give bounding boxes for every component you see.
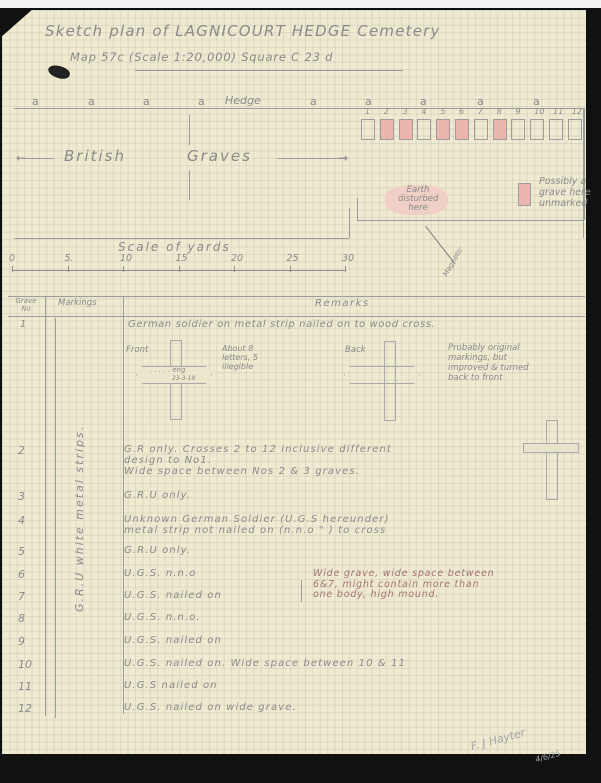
down-arrow: [189, 170, 190, 200]
scale-tick-label: 25: [287, 253, 299, 264]
grave-number: 4: [18, 514, 25, 527]
row-remark: G.R.U only.: [124, 545, 191, 556]
row1-remark: German soldier on metal strip nailed on …: [128, 319, 435, 330]
row-remark: G.R.U only.: [124, 490, 191, 501]
legend-swatch: [518, 183, 531, 206]
grave-plot: [530, 119, 544, 140]
table-top-border: [8, 296, 585, 297]
document-title: Sketch plan of LAGNICOURT HEDGE Cemetery: [45, 22, 441, 40]
scale-tick: [123, 266, 124, 272]
grave-plot: [417, 119, 431, 140]
note-line: About 8: [222, 344, 258, 353]
cross-drawing: [546, 420, 558, 500]
row-remark: metal strip not nailed on (n.n.o " ) to …: [124, 525, 386, 536]
back-plate: [344, 366, 420, 384]
grave-number: 10: [18, 658, 32, 671]
grave-number-label: 1: [365, 107, 370, 116]
hedge-symbol: a: [310, 95, 317, 108]
back-label: Back: [345, 345, 366, 355]
scale-tick: [290, 266, 291, 272]
grave-number-label: 11: [553, 107, 563, 116]
row-remark: U.G.S. nailed on: [124, 635, 222, 646]
map-reference: Map 57c (Scale 1:20,000) Square C 23 d: [70, 50, 333, 64]
note-line: one body, high mound.: [313, 590, 494, 601]
legend-line: Possibly a: [539, 176, 591, 187]
front-plate-text: . . . . . eng: [150, 366, 185, 374]
plan-edge: [349, 208, 350, 238]
note-line: Wide grave, wide space between: [313, 569, 494, 580]
grave-number: 7: [18, 590, 25, 603]
grave-number-label: 5: [440, 107, 445, 116]
row-remark: U.G.S. nailed on wide grave.: [124, 702, 297, 713]
note-line: markings, but: [448, 353, 529, 363]
grave-plot: [568, 119, 582, 140]
scale-tick: [12, 266, 13, 272]
hedge-symbol: a: [32, 95, 39, 108]
grave-number: 12: [18, 702, 32, 715]
scale-tick: [179, 266, 180, 272]
row-remark: Unknown German Soldier (U.G.S hereunder): [124, 514, 390, 525]
grave-plot: [380, 119, 394, 140]
front-label: Front: [126, 345, 148, 355]
row-remark: U.G.S. n.n.o.: [124, 612, 201, 623]
header-remarks: Remarks: [315, 298, 370, 309]
row-remark: design to No1.: [124, 455, 212, 466]
grave-plot: [455, 119, 469, 140]
earth-disturbed-note: Earth disturbed here: [398, 186, 438, 213]
arrow-head-left: ←: [16, 151, 26, 165]
scale-tick: [68, 266, 69, 272]
folded-corner: [0, 8, 34, 38]
grave-plot: [399, 119, 413, 140]
legend-line: grave here: [539, 187, 591, 198]
grave-number-label: 12: [572, 107, 582, 116]
header-markings: Markings: [58, 298, 97, 308]
column-divider: [123, 296, 124, 714]
bracket-divider: [301, 580, 302, 602]
scale-label: Scale of yards: [118, 240, 231, 254]
archive-reference: CWGC/8/1/4/1/1/27-1 (AA13233 PT. 1): [146, 756, 387, 772]
arrow-head-right: →: [338, 151, 348, 165]
column-divider: [45, 296, 46, 716]
grave-number-label: 6: [459, 107, 464, 116]
hedge-symbol: a: [143, 95, 150, 108]
front-plate-date: 23-3-18: [172, 375, 195, 382]
note-line: back to front: [448, 373, 529, 383]
row-remark: U.G.S. nailed on: [124, 590, 222, 601]
scale-line: [12, 270, 345, 271]
grave-number: 6: [18, 568, 25, 581]
plan-edge: [357, 198, 358, 220]
scale-tick-label: 5.: [65, 253, 74, 264]
cross-drawing-arm: [523, 443, 579, 453]
front-note: About 8 letters, 5 illegible: [222, 344, 258, 371]
grave-number-label: 3: [403, 107, 408, 116]
table-header-border: [8, 316, 585, 317]
hedge-symbol: a: [198, 95, 205, 108]
grave-number-label: 7: [478, 107, 483, 116]
scale-tick-label: 15: [176, 253, 188, 264]
grave-plot: [511, 119, 525, 140]
hedge-symbol: a: [88, 95, 95, 108]
row-remark: U.G.S. n.n.o: [124, 568, 196, 579]
scale-tick-label: 0: [9, 253, 15, 264]
grave-plot: [493, 119, 507, 140]
left-arrow: [22, 158, 54, 159]
legend-line: unmarked: [539, 198, 591, 209]
back-note: Probably original markings, but improved…: [448, 343, 529, 383]
column-divider: [55, 318, 56, 718]
scale-tick-label: 10: [120, 253, 132, 264]
british-label: British: [64, 147, 126, 165]
grave-number: 5: [18, 545, 25, 558]
hedge-label: Hedge: [225, 94, 261, 107]
grave-number: 9: [18, 635, 25, 648]
note-line: illegible: [222, 362, 258, 371]
scale-tick: [345, 266, 346, 272]
grave-number-label: 8: [497, 107, 502, 116]
legend-text: Possibly a grave here unmarked: [539, 176, 591, 209]
scale-tick: [234, 266, 235, 272]
grave-number: 11: [18, 680, 32, 693]
grave-plot: [549, 119, 563, 140]
grave-number: 8: [18, 612, 25, 625]
grave-number-label: 2: [384, 107, 389, 116]
grave-number: 1: [20, 319, 26, 330]
subtitle-underline: [135, 70, 403, 71]
row6-7-note: Wide grave, wide space between 6&7, migh…: [313, 569, 494, 601]
scale-tick-label: 20: [231, 253, 243, 264]
grave-plot: [474, 119, 488, 140]
up-arrow: [189, 115, 190, 145]
plan-outline-right: [357, 220, 584, 221]
markings-vertical-note: G.R.U white metal strips.: [73, 425, 86, 612]
row-remark: G.R only. Crosses 2 to 12 inclusive diff…: [124, 444, 392, 455]
grave-plot: [436, 119, 450, 140]
scale-tick-label: 30: [342, 253, 354, 264]
grave-number-label: 4: [421, 107, 426, 116]
row-remark: U.G.S nailed on: [124, 680, 218, 691]
note-line: Probably original: [448, 343, 529, 353]
plan-outline-bottom: [14, 238, 349, 239]
graves-label: Graves: [187, 147, 252, 165]
grave-number: 3: [18, 490, 25, 503]
grave-plot: [361, 119, 375, 140]
row-remark: Wide space between Nos 2 & 3 graves.: [124, 466, 360, 477]
right-arrow: [278, 158, 346, 159]
note-line: improved & turned: [448, 363, 529, 373]
grave-number-label: 10: [534, 107, 544, 116]
row-remark: U.G.S. nailed on. Wide space between 10 …: [124, 658, 406, 669]
grave-number-label: 9: [515, 107, 520, 116]
header-grave-no: Grave No: [11, 297, 41, 313]
grave-number: 2: [18, 444, 25, 457]
note-line: letters, 5: [222, 353, 258, 362]
note-line: here: [398, 204, 438, 213]
